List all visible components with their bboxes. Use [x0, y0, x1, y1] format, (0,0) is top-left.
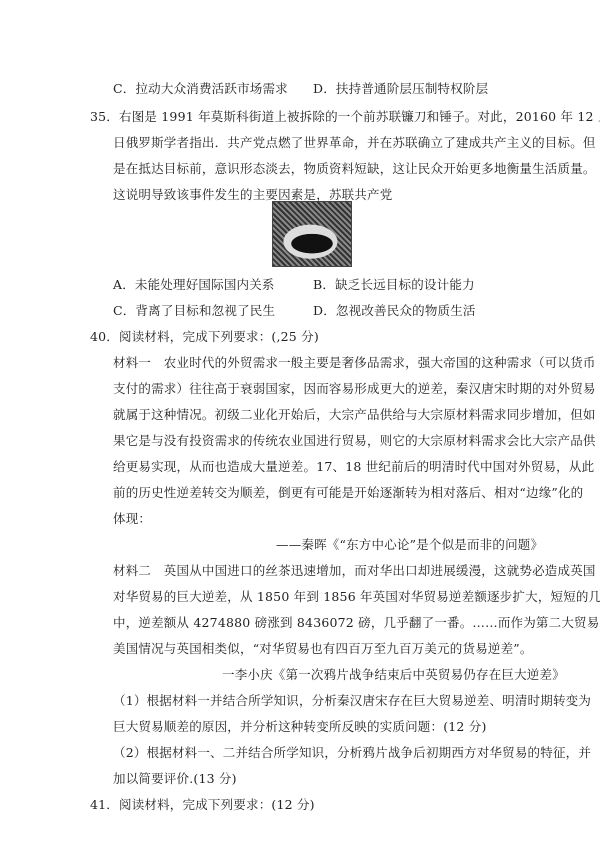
material1-line: 支付的需求）往往高于衰弱国家，因而容易形成更大的逆差，秦汉唐宋时期的对外贸易 — [113, 379, 596, 397]
q40-header: 40．阅读材料，完成下列要求：(,25 分) — [90, 327, 319, 345]
q35-line-3: 是在抵达目标前，意识形态淡去，物质资料短缺，这让民众开始更多地衡量生活质量。 — [113, 159, 596, 177]
option-34-c: C．拉动大众消费活跃市场需求 — [113, 79, 288, 97]
subquestion-1-cont: 巨大贸易顺差的原因，并分析这种转变所反映的实质问题：(12 分) — [113, 717, 487, 735]
option-35-b: B．缺乏长远目标的设计能力 — [313, 275, 475, 293]
q41-header: 41．阅读材料，完成下列要求：(12 分) — [90, 795, 315, 813]
q35-line-1: 35．右图是 1991 年莫斯科街道上被拆除的一个前苏联镰刀和锤子。对此，201… — [90, 107, 600, 125]
material2-line: 材料二 英国从中国进口的丝茶迅速增加，而对华出口却进展缓漫，这就势必造成英国 — [113, 561, 596, 579]
material2-line: 中，逆差额从 4274880 磅涨到 8436072 磅，几乎翻了一番。……而作… — [113, 613, 600, 631]
material1-line: 前的历史性逆差转交为顺差，倒更有可能是开始逐渐转为相对落后、相对“边缘”化的 — [113, 483, 583, 501]
subquestion-2-cont: 加以简要评价.(13 分) — [113, 769, 237, 787]
material1-line: 就属于这种情况。初级二业化开始后，大宗产品供给与大宗原材料需求同步增加，但如 — [113, 405, 596, 423]
material2-source: 一李小庆《第一次鸦片战争结束后中英贸易仍存在巨大逆差》 — [222, 665, 565, 683]
material2-line: 对华贸易的巨大逆差，从 1850 年到 1856 年英国对华贸易逆差额逐步扩大，… — [113, 587, 600, 605]
option-35-c: C．背离了目标和忽视了民生 — [113, 301, 275, 319]
material1-line: 材料一 农业时代的外贸需求一般主要是奢侈品需求，强大帝国的这种需求（可以货币 — [113, 353, 596, 371]
option-35-a: A．未能处理好国际国内关系 — [113, 275, 275, 293]
option-34-d: D．扶持普通阶层压制特权阶层 — [313, 79, 488, 97]
subquestion-2: （2）根据材料一、二并结合所学知识，分析鸦片战争后初期西方对华贸易的特征，并 — [113, 743, 591, 761]
q35-line-2: 日俄罗斯学者指出．共产党点燃了世界革命，并在苏联确立了建成共产主义的目标。但 — [113, 133, 596, 151]
option-35-d: D．忽视改善民众的物质生活 — [313, 301, 476, 319]
material1-line: 给更易实现，从而也造成大量逆差。17、18 世纪前后的明清时代中国对外贸易，从此 — [113, 457, 594, 475]
material1-line: 体现： — [113, 509, 151, 527]
material1-source: ——秦晖《“东方中心论”是个似是而非的问题》 — [276, 535, 543, 553]
subquestion-1: （1）根据材料一并结合所学知识，分析秦汉唐宋存在巨大贸易逆差、明清时期转变为 — [113, 691, 591, 709]
hammer-sickle-photo — [272, 201, 352, 267]
material2-line: 美国情况与英国相类似，“对华贸易也有四百万至九百万美元的货易逆差”。 — [113, 639, 533, 657]
material1-line: 果它是与没有投资需求的传统农业国进行贸易，则它的大宗原材料需求会比大宗产品供 — [113, 431, 596, 449]
